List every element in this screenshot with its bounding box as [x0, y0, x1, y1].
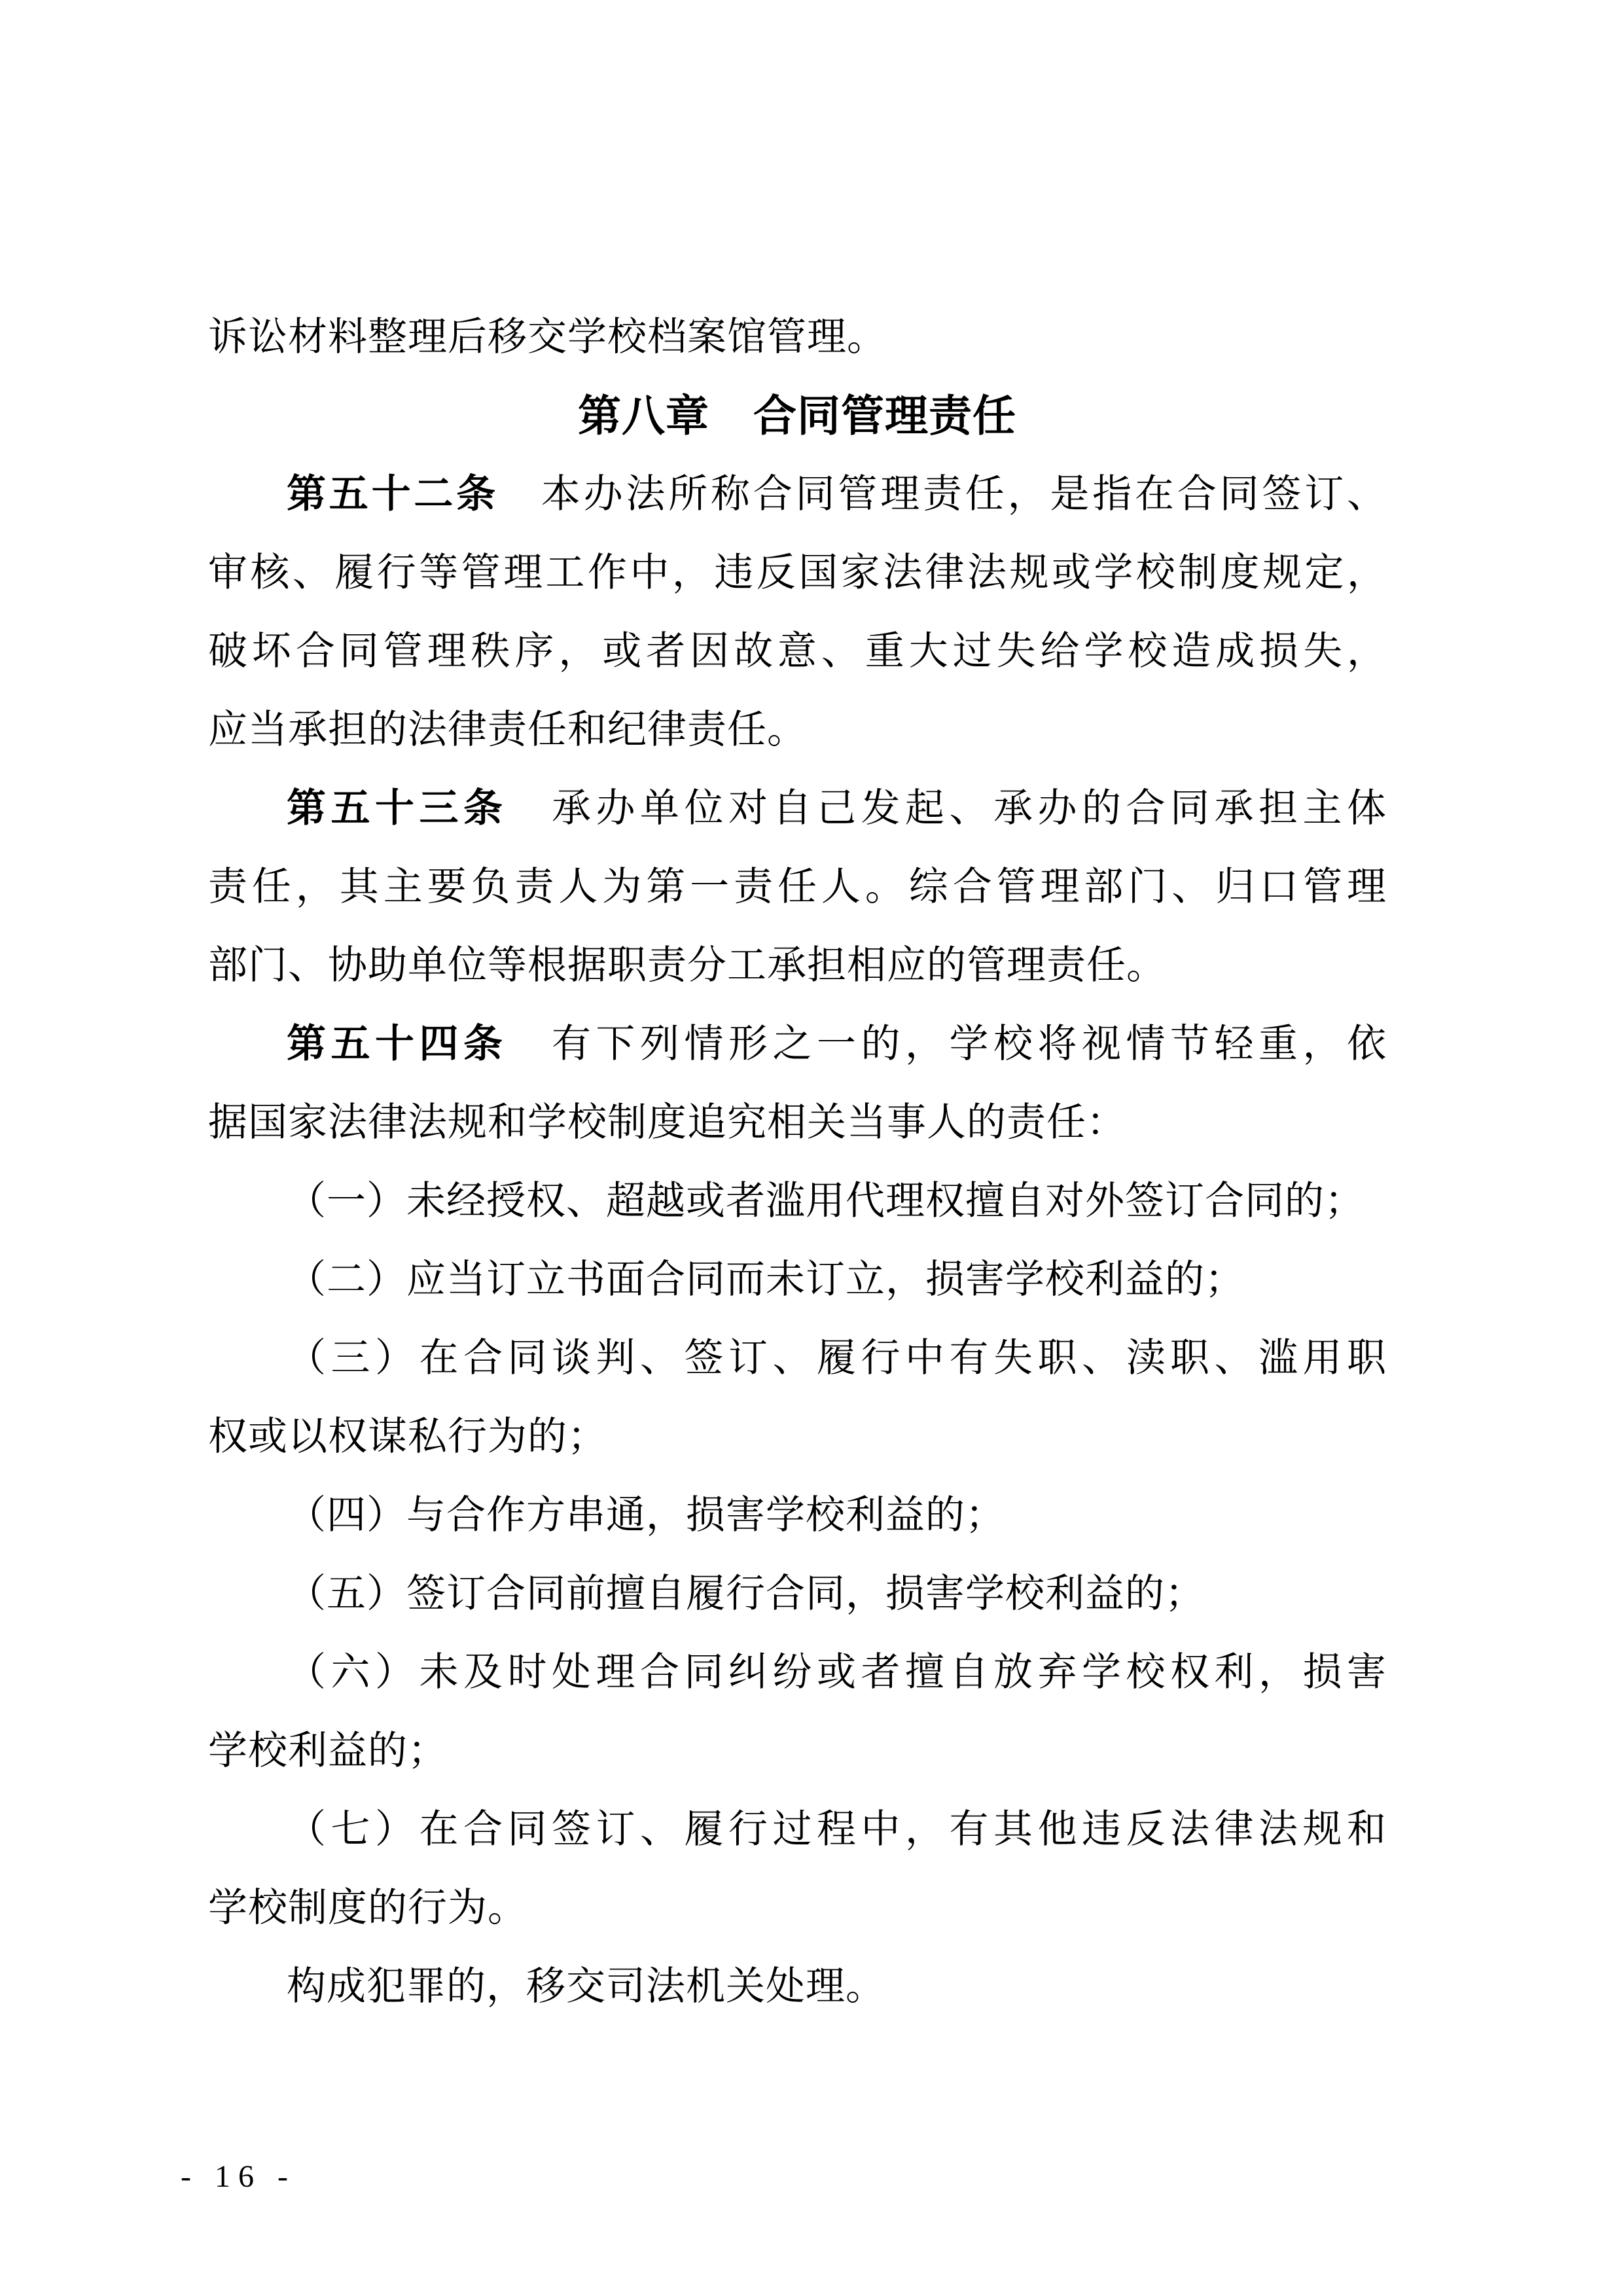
- text-line: 第五十三条 承办单位对自己发起、承办的合同承担主体: [208, 769, 1386, 848]
- article-number: 第五十二条: [287, 472, 499, 516]
- chapter-heading: 第八章 合同管理责任: [208, 376, 1386, 455]
- text-line: 构成犯罪的，移交司法机关处理。: [208, 1947, 1386, 2026]
- text-line: 学校利益的；: [208, 1712, 1386, 1790]
- text-line: （一）未经授权、超越或者滥用代理权擅自对外签订合同的；: [208, 1162, 1386, 1240]
- text-line: 审核、履行等管理工作中，违反国家法律法规或学校制度规定，: [208, 533, 1386, 612]
- text-line: （六）未及时处理合同纠纷或者擅自放弃学校权利，损害: [208, 1633, 1386, 1712]
- text-line: 应当承担的法律责任和纪律责任。: [208, 691, 1386, 769]
- text-line: 第五十四条 有下列情形之一的，学校将视情节轻重，依: [208, 1005, 1386, 1083]
- text-line: （二）应当订立书面合同而未订立，损害学校利益的；: [208, 1240, 1386, 1319]
- text-line: 权或以权谋私行为的；: [208, 1397, 1386, 1476]
- text-line: 诉讼材料整理后移交学校档案馆管理。: [208, 298, 1386, 376]
- text-line: 责任，其主要负责人为第一责任人。综合管理部门、归口管理: [208, 848, 1386, 926]
- text-line: 学校制度的行为。: [208, 1869, 1386, 1947]
- text-line: 部门、协助单位等根据职责分工承担相应的管理责任。: [208, 926, 1386, 1005]
- article-text: 本办法所称合同管理责任，是指在合同签订、: [499, 473, 1386, 516]
- article-number: 第五十三条: [287, 786, 508, 830]
- text-line: （七）在合同签订、履行过程中，有其他违反法律法规和: [208, 1790, 1386, 1869]
- article-text: 有下列情形之一的，学校将视情节轻重，依: [508, 1022, 1387, 1066]
- text-line: 据国家法律法规和学校制度追究相关当事人的责任：: [208, 1083, 1386, 1162]
- text-line: 第五十二条 本办法所称合同管理责任，是指在合同签订、: [208, 455, 1386, 533]
- text-line: （五）签订合同前擅自履行合同，损害学校利益的；: [208, 1554, 1386, 1633]
- text-line: 破坏合同管理秩序，或者因故意、重大过失给学校造成损失，: [208, 612, 1386, 691]
- document-body: 诉讼材料整理后移交学校档案馆管理。第八章 合同管理责任第五十二条 本办法所称合同…: [208, 298, 1386, 2026]
- page-number: - 16 -: [181, 2159, 296, 2195]
- article-text: 承办单位对自己发起、承办的合同承担主体: [508, 787, 1387, 830]
- article-number: 第五十四条: [287, 1022, 508, 1066]
- text-line: （三）在合同谈判、签订、履行中有失职、渎职、滥用职: [208, 1319, 1386, 1397]
- text-line: （四）与合作方串通，损害学校利益的；: [208, 1476, 1386, 1554]
- document-page: 诉讼材料整理后移交学校档案馆管理。第八章 合同管理责任第五十二条 本办法所称合同…: [0, 0, 1623, 2296]
